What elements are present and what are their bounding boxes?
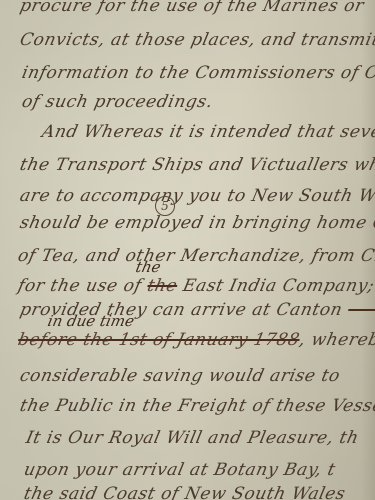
manuscript-line-16: upon your arrival at Botany Bay, t	[22, 460, 337, 480]
line-10-before: for the use of	[16, 276, 150, 296]
manuscript-line-17: the said Coast of New South Wales	[22, 484, 347, 500]
manuscript-line-3: information to the Commissioners of Our …	[20, 63, 375, 83]
manuscript-line-13: considerable saving would arise to	[18, 366, 342, 386]
manuscript-page: procure for the use of the Marines or Co…	[0, 0, 375, 500]
manuscript-line-2: Convicts, at those places, and transmitt…	[18, 30, 375, 50]
manuscript-line-12: before the 1st of January 1788, whereby …	[16, 330, 375, 350]
manuscript-line-7: are to accompany you to New South Wales,	[18, 186, 375, 206]
manuscript-line-5: And Whereas it is intended that several …	[40, 122, 375, 142]
manuscript-line-15: It is Our Royal Will and Pleasure, th	[24, 428, 361, 448]
line-10-after: East India Company;	[175, 276, 375, 296]
manuscript-line-1: procure for the use of the Marines or	[18, 0, 366, 16]
manuscript-line-4: of such proceedings.	[20, 92, 215, 112]
manuscript-line-10: for the use of the East India Company;	[16, 276, 375, 296]
manuscript-line-14: the Public in the Freight of these Vesse…	[18, 396, 375, 416]
manuscript-line-9: of Tea, and other Merchandize, from Chin…	[16, 246, 375, 266]
insertion-the: the	[134, 258, 162, 276]
struck-word: the	[145, 276, 179, 296]
line-12-after: , whereby a ve	[297, 330, 375, 350]
struck-date-phrase: before the 1st of January 1788	[16, 330, 302, 350]
manuscript-line-6: the Transport Ships and Victuallers whic…	[18, 155, 375, 175]
struck-tail: ——	[346, 300, 375, 320]
insertion-in-due-time: in due time	[46, 312, 136, 330]
manuscript-line-8: should be employed in bringing home Carg…	[18, 213, 375, 233]
